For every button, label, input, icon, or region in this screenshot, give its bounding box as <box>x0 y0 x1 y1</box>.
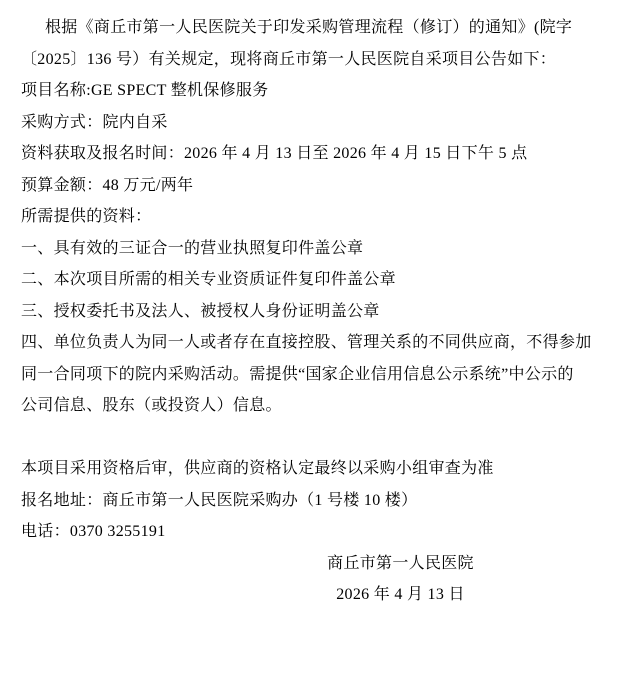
project-name-line: 项目名称:GE SPECT 整机保修服务 <box>21 75 610 107</box>
required-doc-item-4-line-2: 同一合同项下的院内采购活动。需提供“国家企业信用信息公示系统”中公示的 <box>21 359 610 391</box>
budget-line: 预算金额：48 万元/两年 <box>21 170 610 202</box>
required-doc-item-1: 一、具有效的三证合一的营业执照复印件盖公章 <box>21 233 610 265</box>
notice-document: 根据《商丘市第一人民医院关于印发采购管理流程（修订）的通知》(院字 〔2025〕… <box>0 0 630 673</box>
required-doc-item-3: 三、授权委托书及法人、被授权人身份证明盖公章 <box>21 296 610 328</box>
registration-time-line: 资料获取及报名时间：2026 年 4 月 13 日至 2026 年 4 月 15… <box>21 138 610 170</box>
procurement-method-line: 采购方式：院内自采 <box>21 107 610 139</box>
required-doc-item-2: 二、本次项目所需的相关专业资质证件复印件盖公章 <box>21 264 610 296</box>
signature-organization: 商丘市第一人民医院 <box>191 548 610 580</box>
signature-date: 2026 年 4 月 13 日 <box>191 579 610 611</box>
intro-line-1: 根据《商丘市第一人民医院关于印发采购管理流程（修订）的通知》(院字 <box>21 12 610 44</box>
required-doc-item-4-line-3: 公司信息、股东（或投资人）信息。 <box>21 390 610 422</box>
phone-line: 电话：0370 3255191 <box>21 516 610 548</box>
required-doc-item-4-line-1: 四、单位负责人为同一人或者存在直接控股、管理关系的不同供应商，不得参加 <box>21 327 610 359</box>
qualification-note-line: 本项目采用资格后审，供应商的资格认定最终以采购小组审查为准 <box>21 453 610 485</box>
blank-line <box>21 422 610 454</box>
signature-block: 商丘市第一人民医院 2026 年 4 月 13 日 <box>21 548 610 611</box>
address-line: 报名地址：商丘市第一人民医院采购办（1 号楼 10 楼） <box>21 485 610 517</box>
required-docs-heading: 所需提供的资料： <box>21 201 610 233</box>
intro-line-2: 〔2025〕136 号）有关规定，现将商丘市第一人民医院自采项目公告如下： <box>21 44 610 76</box>
